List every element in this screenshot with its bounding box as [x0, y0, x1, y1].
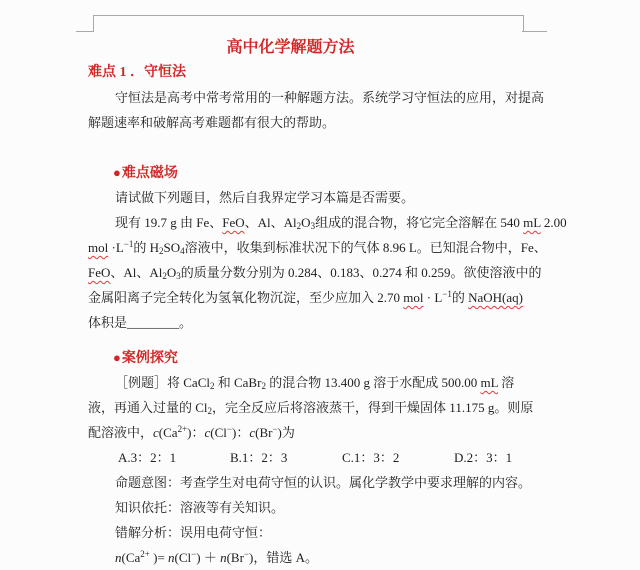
magnet-heading: ●难点磁场	[88, 160, 553, 185]
text-segment: 2+	[178, 424, 188, 434]
text-segment: ，完全反应后将溶液蒸干，得到干燥固体 11.175 g。则原	[212, 400, 533, 415]
text-segment: 、Al、Al	[245, 215, 297, 230]
page-edge-line	[93, 15, 524, 32]
text-segment: −1	[442, 289, 452, 299]
page-edge-tick-right	[522, 31, 547, 32]
meta-knowledge: 知识依托：溶液等有关知识。	[88, 495, 553, 520]
problem-line-3: FeO、Al、Al2O3的质量分数分别为 0.284、0.183、0.274 和…	[88, 260, 553, 285]
option-c: C.1：3：2	[342, 445, 454, 470]
text-segment: O	[167, 265, 176, 280]
example-line-2: 液，再通入过量的 Cl2，完全反应后将溶液蒸干，得到干燥固体 11.175 g。…	[88, 395, 553, 420]
text-segment: (Br	[255, 425, 272, 440]
example-line-1: ［例题］将 CaCl2 和 CaBr2 的混合物 13.400 g 溶于水配成 …	[88, 370, 553, 395]
text-segment: O	[301, 215, 310, 230]
case-heading-label: 案例探究	[122, 351, 178, 366]
text-segment: ［例题］将 CaCl	[115, 375, 210, 390]
text-segment: 2.00	[541, 215, 567, 230]
option-a: A.3：2：1	[118, 445, 230, 470]
text-segment: 的质量分数分别为 0.284、0.183、0.274 和 0.259。欲使溶液中…	[181, 265, 542, 280]
text-segment: 金属阳离子完全转化为氢氧化物沉淀，至少应加入 2.70	[88, 290, 403, 305]
answer-options: A.3：2：1B.1：2：3C.1：3：2D.2：3：1	[88, 445, 553, 470]
document-title: 高中化学解题方法	[88, 35, 553, 60]
blank-gap	[88, 335, 553, 345]
problem-line-4: 金属阳离子完全转化为氢氧化物沉淀，至少应加入 2.70 mol · L−1的 N…	[88, 285, 553, 310]
text-segment: )：	[232, 425, 249, 440]
text-segment: (Ca	[122, 550, 141, 565]
text-segment: (Ca	[159, 425, 178, 440]
intro-line-2: 解题速率和破解高考难题都有很大的帮助。	[88, 110, 553, 135]
text-segment: FeO	[88, 265, 110, 280]
problem-line-1: 现有 19.7 g 由 Fe、FeO、Al、Al2O3组成的混合物，将它完全溶解…	[88, 210, 553, 235]
text-segment: 的 H	[133, 240, 159, 255]
document-body: 高中化学解题方法 难点 1 ．守恒法 守恒法是高考中常考常用的一种解题方法。系统…	[88, 35, 553, 570]
text-segment: 体积是________。	[88, 315, 192, 330]
text-segment: 组成的混合物，将它完全溶解在 540	[315, 215, 523, 230]
text-segment: · L	[424, 290, 443, 305]
case-heading: ●案例探究	[88, 345, 553, 370]
text-segment: ·L	[108, 240, 124, 255]
text-segment: (Cl	[210, 425, 227, 440]
page-edge-tick-left	[76, 31, 93, 32]
meta-intent: 命题意图：考查学生对电荷守恒的认识。属化学教学中要求理解的内容。	[88, 470, 553, 495]
text-segment: FeO	[222, 215, 244, 230]
example-line-3: 配溶液中，c(Ca2+)：c(Cl−)：c(Br−)为	[88, 420, 553, 445]
text-segment: 液，再通入过量的 Cl	[88, 400, 208, 415]
text-segment: NaOH(aq)	[468, 290, 523, 305]
magnet-heading-label: 难点磁场	[122, 166, 178, 181]
text-segment: )，错选 A。	[249, 550, 318, 565]
text-segment: 的混合物 13.400 g 溶于水配成 500.00	[266, 375, 481, 390]
text-segment: )=	[150, 550, 168, 565]
text-segment: 的	[452, 290, 468, 305]
option-d: D.2：3：1	[454, 445, 512, 470]
text-segment: ) ＋	[196, 550, 220, 565]
text-segment: 和 CaBr	[214, 375, 261, 390]
text-segment: (Cl	[175, 550, 192, 565]
text-segment: 溶	[498, 375, 514, 390]
charge-formula: n(Ca2+ )= n(Cl−) ＋ n(Br−)，错选 A。	[88, 545, 553, 570]
section-heading: 难点 1 ．守恒法	[88, 60, 553, 85]
text-segment: mol	[403, 290, 423, 305]
practice-prompt: 请试做下列题目，然后自我界定学习本篇是否需要。	[88, 185, 553, 210]
text-segment: SO	[163, 240, 180, 255]
meta-error-analysis: 错解分析：误用电荷守恒：	[88, 520, 553, 545]
text-segment: 现有 19.7 g 由 Fe、	[115, 215, 222, 230]
text-segment: )：	[187, 425, 204, 440]
text-segment: )为	[278, 425, 295, 440]
text-segment: mL	[523, 215, 541, 230]
text-segment: mol	[88, 240, 108, 255]
text-segment: 配溶液中，	[88, 425, 153, 440]
bullet-icon: ●	[113, 165, 121, 180]
text-segment: −1	[124, 239, 134, 249]
option-b: B.1：2：3	[230, 445, 342, 470]
problem-line-2: mol ·L−1的 H2SO4溶液中，收集到标准状况下的气体 8.96 L。已知…	[88, 235, 553, 260]
text-segment: 2+	[140, 549, 150, 559]
problem-line-5: 体积是________。	[88, 310, 553, 335]
text-segment: (Br	[227, 550, 244, 565]
text-segment: mL	[480, 375, 498, 390]
intro-line-1: 守恒法是高考中常考常用的一种解题方法。系统学习守恒法的应用，对提高	[88, 85, 553, 110]
text-segment: 、Al、Al	[110, 265, 162, 280]
bullet-icon: ●	[113, 350, 121, 365]
blank-line	[88, 135, 553, 160]
text-segment: 溶液中，收集到标准状况下的气体 8.96 L。已知混合物中，Fe、	[185, 240, 547, 255]
